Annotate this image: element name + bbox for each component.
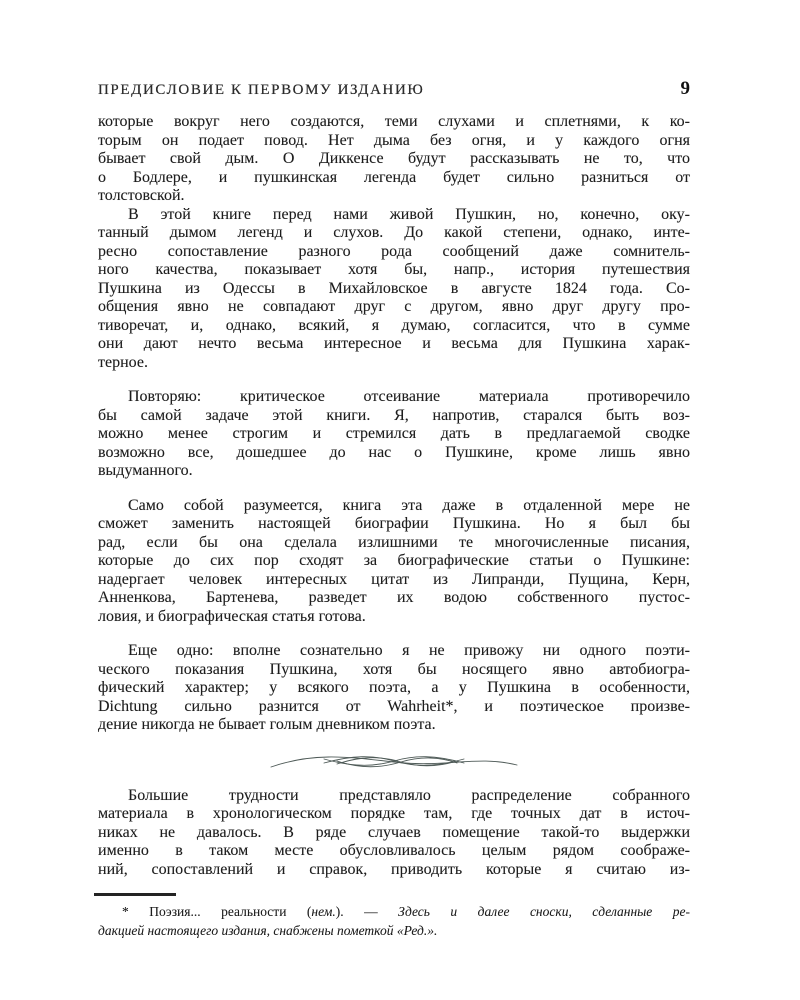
paragraph: Большие трудности представляло распредел… [98,787,690,880]
text-line: терное. [98,354,690,373]
text-line: Еще одно: вполне сознательно я не привож… [98,642,690,661]
text-line: Большие трудности представляло распредел… [98,787,690,806]
text-line: ний, сопоставлений и справок, приводить … [98,861,690,880]
text-line: Повторяю: критическое отсеивание материа… [98,388,690,407]
text-line: Само собой разумеется, книга эта даже в … [98,497,690,516]
text-line: фический характер; у всякого поэта, а у … [98,679,690,698]
text-line: рад, если бы она сделала излишними те мн… [98,534,690,553]
text-line: общения явно не совпадают друг с другом,… [98,298,690,317]
footnote-line: дакцией настоящего издания, снабжены пом… [98,921,690,940]
book-page: ПРЕДИСЛОВИЕ К ПЕРВОМУ ИЗДАНИЮ 9 которые … [0,0,690,940]
text-line: толстовской. [98,187,690,206]
text-line: возможно все, дошедшее до нас о Пушкине,… [98,444,690,463]
footnote-segment: * Поэзия... реальности ( [122,904,311,919]
text-line: Анненкова, Бартенева, разведет их водою … [98,589,690,608]
footnote: * Поэзия... реальности (нем.). — Здесь и… [98,902,690,940]
text-line: надергает человек интересных цитат из Ли… [98,571,690,590]
footnote-segment: нем. [311,904,335,919]
paragraph: Еще одно: вполне сознательно я не привож… [98,642,690,735]
footnote-rule [94,893,176,896]
running-title: ПРЕДИСЛОВИЕ К ПЕРВОМУ ИЗДАНИЮ [98,82,424,99]
paragraph: Повторяю: критическое отсеивание материа… [98,388,690,481]
text-line: Dichtung сильно разнится от Wahrheit*, и… [98,698,690,717]
footnote-segment: ). — [336,904,398,919]
text-line: выдуманного. [98,462,690,481]
text-line: они дают нечто весьма интересное и весьм… [98,335,690,354]
text-line: дение никогда не бывает голым дневником … [98,716,690,735]
text-line: сможет заменить настоящей биографии Пушк… [98,515,690,534]
footnote-segment: дакцией настоящего издания, снабжены пом… [98,923,437,938]
paragraph: Само собой разумеется, книга эта даже в … [98,497,690,627]
text-line: ресно сопоставление разного рода сообщен… [98,243,690,262]
text-line: тиворечат, и, однако, всякий, я думаю, с… [98,317,690,336]
text-line: о Бодлере, и пушкинская легенда будет си… [98,169,690,188]
text-line: бывает свой дым. О Диккенсе будут расска… [98,150,690,169]
paragraph: которые вокруг него создаются, теми слух… [98,113,690,206]
text-line: ного качества, показывает хотя бы, напр.… [98,261,690,280]
text-line: танный дымом легенд и слухов. До какой с… [98,224,690,243]
text-line: можно менее строгим и стремился дать в п… [98,425,690,444]
text-line: ловия, и биографическая статья готова. [98,608,690,627]
text-line: В этой книге перед нами живой Пушкин, но… [98,206,690,225]
text-line: именно в таком месте обусловливалось цел… [98,842,690,861]
text-line: торым он подает повод. Нет дыма без огня… [98,132,690,151]
flourish-icon [269,751,519,773]
paragraph: В этой книге перед нами живой Пушкин, но… [98,206,690,373]
text-line: ческого показания Пушкина, хотя бы носящ… [98,661,690,680]
text-line: бы самой задаче этой книги. Я, напротив,… [98,407,690,426]
page-number: 9 [681,78,691,100]
footnote-line: * Поэзия... реальности (нем.). — Здесь и… [98,902,690,921]
flourish-divider [98,751,690,773]
text-line: которые до сих пор сходят за биографичес… [98,552,690,571]
text-line: Пушкина из Одессы в Михайловское в авгус… [98,280,690,299]
text-line: которые вокруг него создаются, теми слух… [98,113,690,132]
text-column: которые вокруг него создаются, теми слух… [98,113,690,879]
text-line: материала в хронологическом порядке там,… [98,805,690,824]
text-line: никах не давалось. В ряде случаев помеще… [98,824,690,843]
footnote-segment: Здесь и далее сноски, сделанные ре- [398,904,690,919]
page-header: ПРЕДИСЛОВИЕ К ПЕРВОМУ ИЗДАНИЮ 9 [98,78,690,100]
